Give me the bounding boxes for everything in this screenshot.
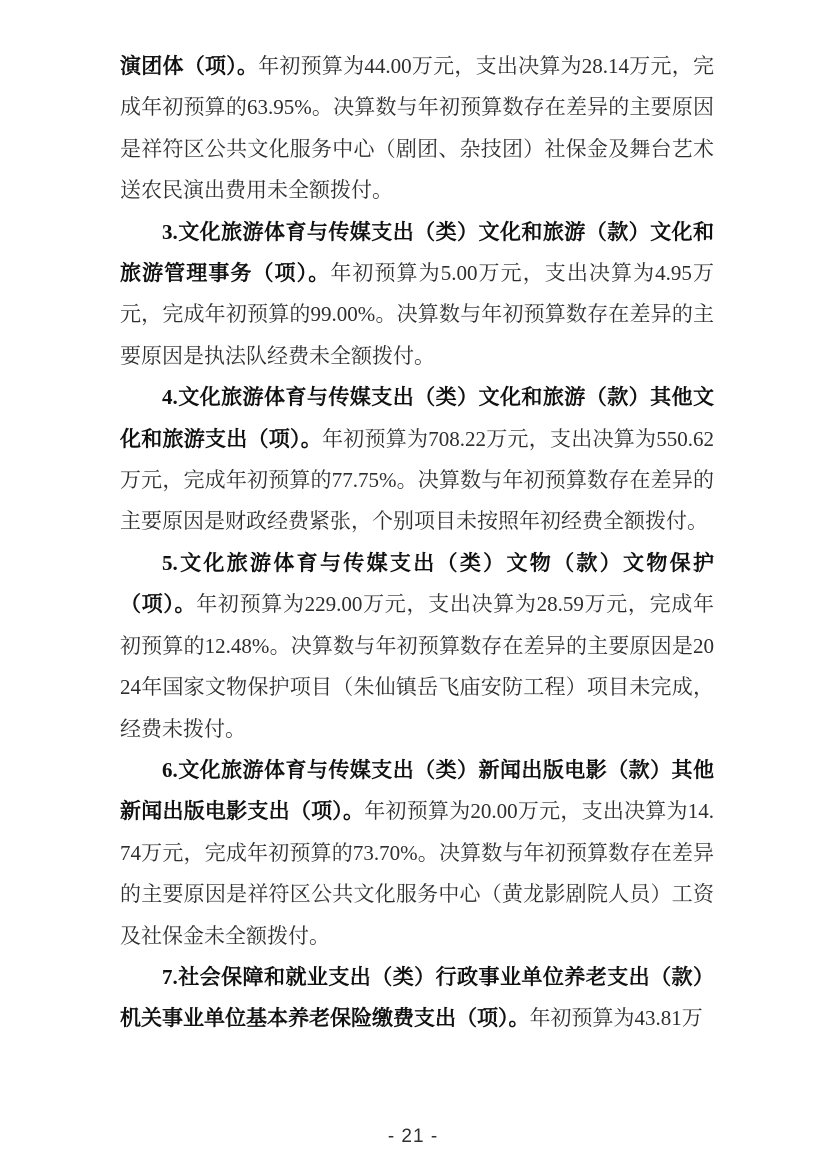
paragraph-lead: 演团体（项）。 [120,54,258,78]
page-content: 演团体（项）。年初预算为44.00万元，支出决算为28.14万元，完成年初预算的… [120,46,714,1040]
paragraph-body: 年初预算为43.81万 [530,1006,703,1030]
paragraph-item-4: 4.文化旅游体育与传媒支出（类）文化和旅游（款）其他文化和旅游支出（项）。年初预… [120,377,714,543]
paragraph-continuation: 演团体（项）。年初预算为44.00万元，支出决算为28.14万元，完成年初预算的… [120,46,714,212]
paragraph-body: 年初预算为229.00万元，支出决算为28.59万元，完成年初预算的12.48%… [120,592,714,740]
paragraph-item-6: 6.文化旅游体育与传媒支出（类）新闻出版电影（款）其他新闻出版电影支出（项）。年… [120,750,714,957]
page-footer: - 21 - [0,1126,826,1148]
page-number: - 21 - [388,1126,438,1147]
paragraph-item-3: 3.文化旅游体育与传媒支出（类）文化和旅游（款）文化和旅游管理事务（项）。年初预… [120,212,714,378]
document-page: 演团体（项）。年初预算为44.00万元，支出决算为28.14万元，完成年初预算的… [0,0,826,1169]
paragraph-item-5: 5.文化旅游体育与传媒支出（类）文物（款）文物保护（项）。年初预算为229.00… [120,543,714,750]
paragraph-item-7: 7.社会保障和就业支出（类）行政事业单位养老支出（款）机关事业单位基本养老保险缴… [120,957,714,1040]
